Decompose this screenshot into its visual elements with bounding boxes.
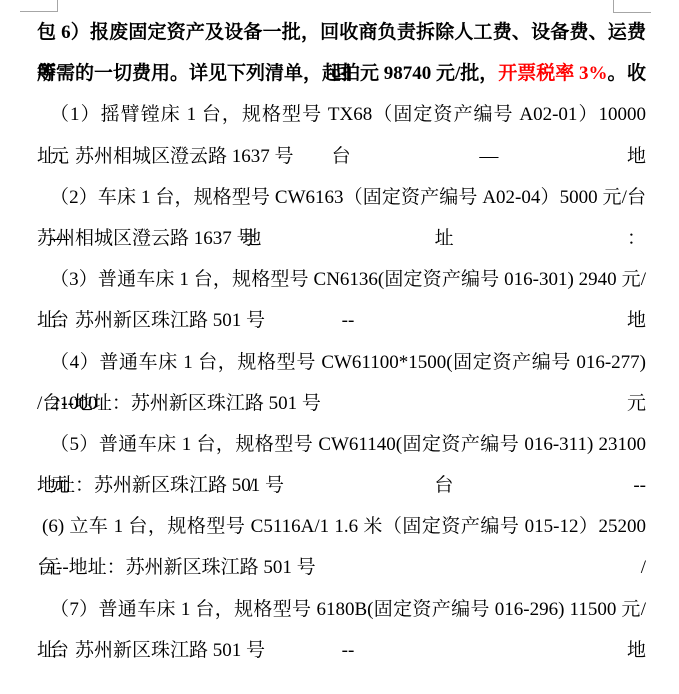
text-segment: /台--地址：苏州新区珠江路 501 号 (37, 393, 321, 414)
text-line: 所需的一切费用。详见下列清单，起拍元 98740 元/批，开票税率 3%。 (37, 53, 646, 94)
text-segment: 台--地址：苏州新区珠江路 501 号 (37, 557, 316, 578)
text-boundary-crop-mark-left (20, 0, 58, 12)
text-line: （2）车床 1 台，规格型号 CW6163（固定资产编号 A02-04）5000… (37, 177, 646, 218)
text-segment: 址：苏州相城区澄云路 1637 号 (37, 146, 294, 167)
text-segment: 址：苏州新区珠江路 501 号 (37, 640, 265, 661)
text-line: （7）普通车床 1 台，规格型号 6180B(固定资产编号 016-296) 1… (37, 589, 646, 630)
text-segment: 地址：苏州新区珠江路 501 号 (37, 475, 284, 496)
text-segment: 。 (608, 63, 627, 84)
text-line: （1）摇臂镗床 1 台，规格型号 TX68（固定资产编号 A02-01）1000… (37, 94, 646, 135)
text-line: （4）普通车床 1 台，规格型号 CW61100*1500(固定资产编号 016… (37, 342, 646, 383)
text-line: (6) 立车 1 台，规格型号 C5116A/1 1.6 米（固定资产编号 01… (37, 506, 646, 547)
text-segment: 址：苏州新区珠江路 501 号 (37, 310, 265, 331)
text-line: （3）普通车床 1 台，规格型号 CN6136(固定资产编号 016-301) … (37, 259, 646, 300)
text-segment: 苏州相城区澄云路 1637 号 (37, 228, 256, 249)
text-line: 包 6）报废固定资产及设备一批，回收商负责拆除人工费、设备费、运费等回收 (37, 12, 646, 53)
text-segment: 所需的一切费用。详见下列清单，起拍元 98740 元/批， (37, 63, 498, 84)
document-page: 包 6）报废固定资产及设备一批，回收商负责拆除人工费、设备费、运费等回收所需的一… (0, 0, 679, 694)
text-line: （5）普通车床 1 台，规格型号 CW61140(固定资产编号 016-311)… (37, 424, 646, 465)
document-body: 包 6）报废固定资产及设备一批，回收商负责拆除人工费、设备费、运费等回收所需的一… (37, 12, 646, 671)
highlighted-text-segment: 开票税率 3% (498, 63, 607, 84)
